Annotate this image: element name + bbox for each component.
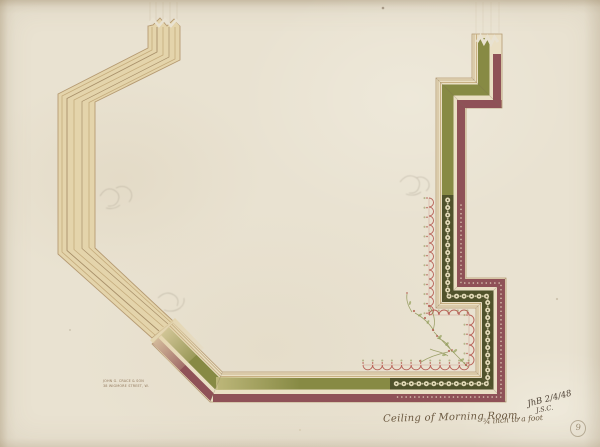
break-marks	[148, 19, 498, 44]
pencil-sketch	[100, 176, 429, 311]
maker-stamp-line2: 38 WIGMORE STREET, W.	[103, 384, 149, 389]
pencil-guide-lines	[150, 2, 499, 34]
colored-border	[148, 19, 506, 402]
maker-stamp: JOHN G. CRACE & SON 38 WIGMORE STREET, W…	[103, 379, 149, 389]
olive-band-fade	[216, 377, 300, 390]
tan-outline-band	[58, 18, 180, 338]
ceiling-plan-drawing	[0, 0, 600, 447]
drawing-sheet: JOHN G. CRACE & SON 38 WIGMORE STREET, W…	[0, 0, 600, 447]
